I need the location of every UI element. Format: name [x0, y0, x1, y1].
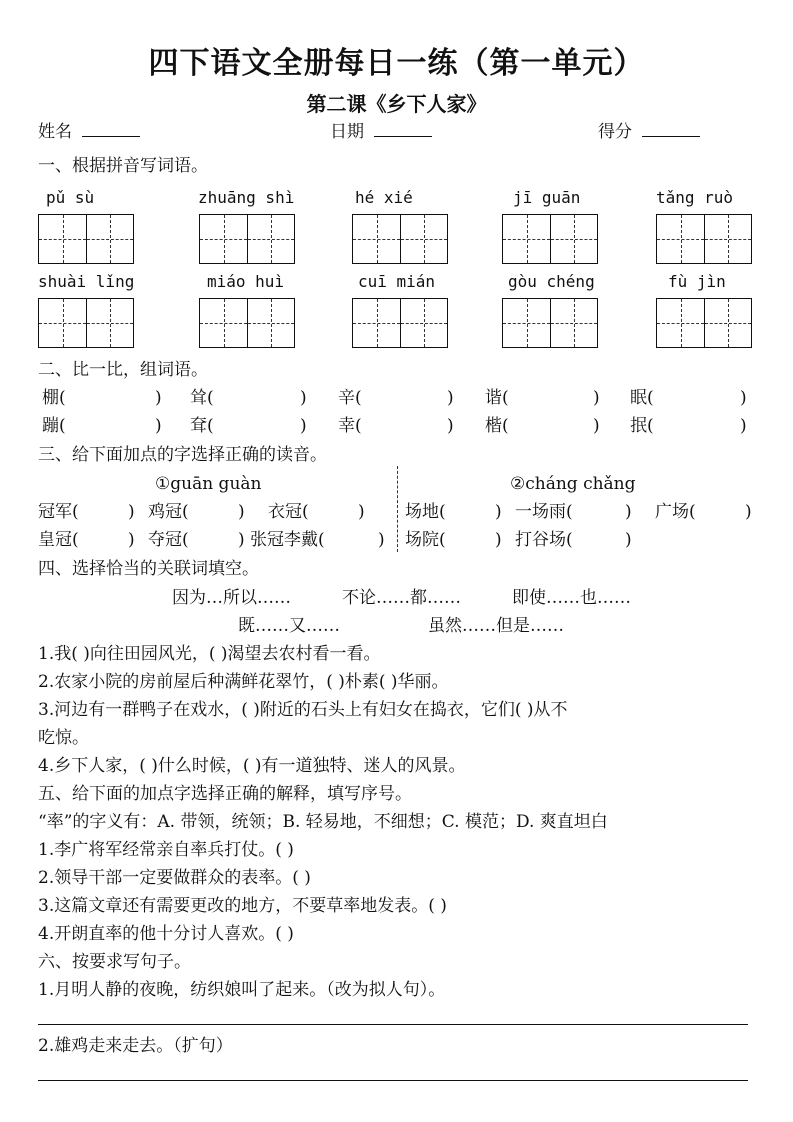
writing-grid[interactable] — [656, 298, 752, 348]
pron-item: 衣冠( — [268, 498, 309, 526]
date-field[interactable]: 日期 — [330, 118, 432, 146]
date-label: 日期 — [330, 122, 364, 142]
close-paren: ) — [740, 412, 747, 440]
name-label: 姓名 — [38, 122, 72, 142]
pron-item: 一场雨( — [515, 498, 573, 526]
writing-grid[interactable] — [199, 214, 295, 264]
question-4-3: 3.河边有一群鸭子在戏水，( )附近的石头上有妇女在捣衣，它们( )从不 — [38, 696, 568, 724]
conjunction-option: 因为…所以…… — [172, 584, 291, 612]
compare-item: 幸( — [338, 412, 362, 440]
answer-line-2[interactable] — [38, 1080, 748, 1081]
pinyin-label: tǎng ruò — [656, 188, 733, 207]
close-paren: ) — [238, 498, 245, 526]
compare-item: 耷( — [190, 412, 214, 440]
pron-item: 打谷场( — [515, 526, 573, 554]
pron-item: 皇冠( — [38, 526, 79, 554]
pinyin-label: cuī mián — [358, 272, 435, 291]
pinyin-label: hé xié — [355, 188, 413, 207]
section3-heading: 三、给下面加点的字选择正确的读音。 — [38, 441, 327, 469]
page-title: 四下语文全册每日一练（第一单元） — [0, 38, 793, 82]
question-5-1: 1.李广将军经常亲自率兵打仗。( ) — [38, 836, 294, 864]
section5-heading: 五、给下面的加点字选择正确的解释，填写序号。 — [38, 780, 412, 808]
pronunciation-options-1: ①guān guàn — [155, 470, 261, 498]
close-paren: ) — [593, 412, 600, 440]
score-label: 得分 — [598, 122, 632, 142]
divider-line — [397, 466, 398, 552]
compare-item: 楷( — [485, 412, 509, 440]
pinyin-label: miáo huì — [207, 272, 284, 291]
pinyin-label: fù jìn — [668, 272, 726, 291]
close-paren: ) — [358, 498, 365, 526]
question-5-3: 3.这篇文章还有需要更改的地方，不要草率地发表。( ) — [38, 892, 447, 920]
pinyin-label: zhuāng shì — [198, 188, 294, 207]
conjunction-option: 既……又…… — [238, 612, 340, 640]
question-4-1: 1.我( )向往田园风光，( )渴望去农村看一看。 — [38, 640, 381, 668]
compare-item: 抿( — [630, 412, 654, 440]
close-paren: ) — [625, 526, 632, 554]
meanings-list: “率”的字义有：A. 带领，统领；B. 轻易地，不细想；C. 模范；D. 爽直坦… — [38, 808, 608, 836]
close-paren: ) — [155, 384, 162, 412]
close-paren: ) — [593, 384, 600, 412]
close-paren: ) — [495, 526, 502, 554]
writing-grid[interactable] — [352, 214, 448, 264]
conjunction-option: 虽然……但是…… — [428, 612, 564, 640]
close-paren: ) — [128, 526, 135, 554]
date-blank[interactable] — [374, 120, 432, 137]
score-blank[interactable] — [642, 120, 700, 137]
compare-item: 耸( — [190, 384, 214, 412]
section4-heading: 四、选择恰当的关联词填空。 — [38, 555, 259, 583]
close-paren: ) — [300, 384, 307, 412]
pinyin-label: shuài lǐng — [38, 272, 134, 291]
name-blank[interactable] — [82, 120, 140, 137]
writing-grid[interactable] — [38, 298, 134, 348]
close-paren: ) — [740, 384, 747, 412]
question-5-2: 2.领导干部一定要做群众的表率。( ) — [38, 864, 311, 892]
lesson-title: 第二课《乡下人家》 — [0, 88, 793, 117]
writing-grid[interactable] — [656, 214, 752, 264]
compare-item: 辛( — [338, 384, 362, 412]
close-paren: ) — [447, 384, 454, 412]
conjunction-option: 即使……也…… — [512, 584, 631, 612]
answer-line-1[interactable] — [38, 1024, 748, 1025]
writing-grid[interactable] — [502, 214, 598, 264]
pinyin-label: gòu chéng — [508, 272, 595, 291]
pron-item: 张冠李戴( — [250, 526, 325, 554]
close-paren: ) — [238, 526, 245, 554]
question-4-4: 4.乡下人家，( )什么时候，( )有一道独特、迷人的风景。 — [38, 752, 466, 780]
compare-item: 谐( — [485, 384, 509, 412]
pron-item: 冠军( — [38, 498, 79, 526]
pron-item: 广场( — [655, 498, 696, 526]
pron-item: 鸡冠( — [148, 498, 189, 526]
section1-heading: 一、根据拼音写词语。 — [38, 152, 208, 180]
section2-heading: 二、比一比，组词语。 — [38, 356, 208, 384]
close-paren: ) — [495, 498, 502, 526]
question-5-4: 4.开朗直率的他十分讨人喜欢。( ) — [38, 920, 294, 948]
question-6-1: 1.月明人静的夜晚，纺织娘叫了起来。（改为拟人句）。 — [38, 976, 445, 1004]
question-4-2: 2.农家小院的房前屋后种满鲜花翠竹，( )朴素( )华丽。 — [38, 668, 449, 696]
question-4-3-cont: 吃惊。 — [38, 724, 89, 752]
close-paren: ) — [745, 498, 752, 526]
pinyin-label: jī guān — [513, 188, 580, 207]
close-paren: ) — [378, 526, 385, 554]
compare-item: 棚( — [42, 384, 66, 412]
pron-item: 场院( — [405, 526, 446, 554]
close-paren: ) — [155, 412, 162, 440]
writing-grid[interactable] — [352, 298, 448, 348]
pron-item: 场地( — [405, 498, 446, 526]
writing-grid[interactable] — [502, 298, 598, 348]
conjunction-option: 不论……都…… — [342, 584, 461, 612]
score-field[interactable]: 得分 — [598, 118, 700, 146]
pron-item: 夺冠( — [148, 526, 189, 554]
close-paren: ) — [625, 498, 632, 526]
compare-item: 蹦( — [42, 412, 66, 440]
compare-item: 眠( — [630, 384, 654, 412]
pronunciation-options-2: ②cháng chǎng — [510, 470, 636, 498]
section6-heading: 六、按要求写句子。 — [38, 948, 191, 976]
close-paren: ) — [447, 412, 454, 440]
close-paren: ) — [128, 498, 135, 526]
writing-grid[interactable] — [199, 298, 295, 348]
close-paren: ) — [300, 412, 307, 440]
writing-grid[interactable] — [38, 214, 134, 264]
pinyin-label: pǔ sù — [46, 188, 94, 207]
question-6-2: 2.雄鸡走来走去。（扩句） — [38, 1032, 233, 1060]
name-field[interactable]: 姓名 — [38, 118, 140, 146]
